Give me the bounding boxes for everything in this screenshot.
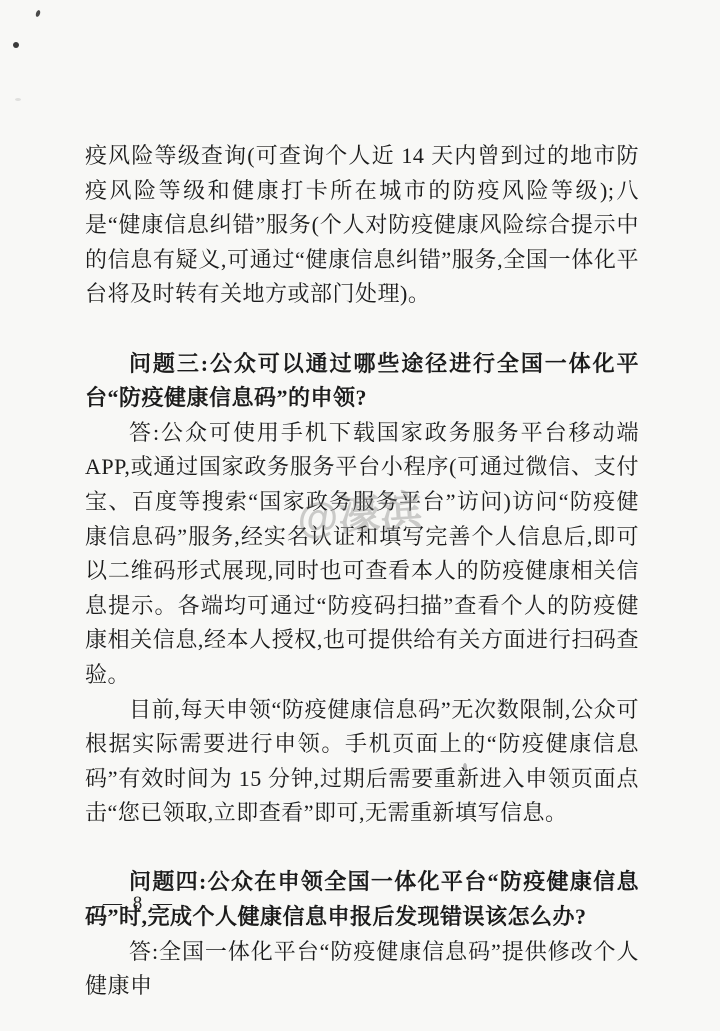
document-text-block: 疫风险等级查询(可查询个人近 14 天内曾到过的地市防疫风险等级和健康打卡所在城… bbox=[85, 139, 639, 1004]
answer-4-paragraph-partial: 答:全国一体化平台“防疫健康信息码”提供修改个人健康申 bbox=[85, 935, 639, 1004]
scan-speck bbox=[13, 42, 19, 48]
question-3-heading: 问题三:公众可以通过哪些途径进行全国一体化平台“防疫健康信息码”的申领? bbox=[85, 347, 639, 416]
answer-3-paragraph-1: 答:公众可使用手机下载国家政务服务平台移动端 APP,或通过国家政务服务平台小程… bbox=[85, 416, 639, 693]
page-number: — 8 — bbox=[103, 893, 175, 915]
scan-speck bbox=[35, 10, 41, 18]
scan-speck bbox=[15, 98, 21, 101]
answer-3-paragraph-2: 目前,每天申领“防疫健康信息码”无次数限制,公众可根据实际需要进行申领。手机页面… bbox=[85, 693, 639, 831]
scanned-document-page: 疫风险等级查询(可查询个人近 14 天内曾到过的地市防疫风险等级和健康打卡所在城… bbox=[0, 0, 720, 1031]
body-paragraph-continuation: 疫风险等级查询(可查询个人近 14 天内曾到过的地市防疫风险等级和健康打卡所在城… bbox=[85, 139, 639, 312]
